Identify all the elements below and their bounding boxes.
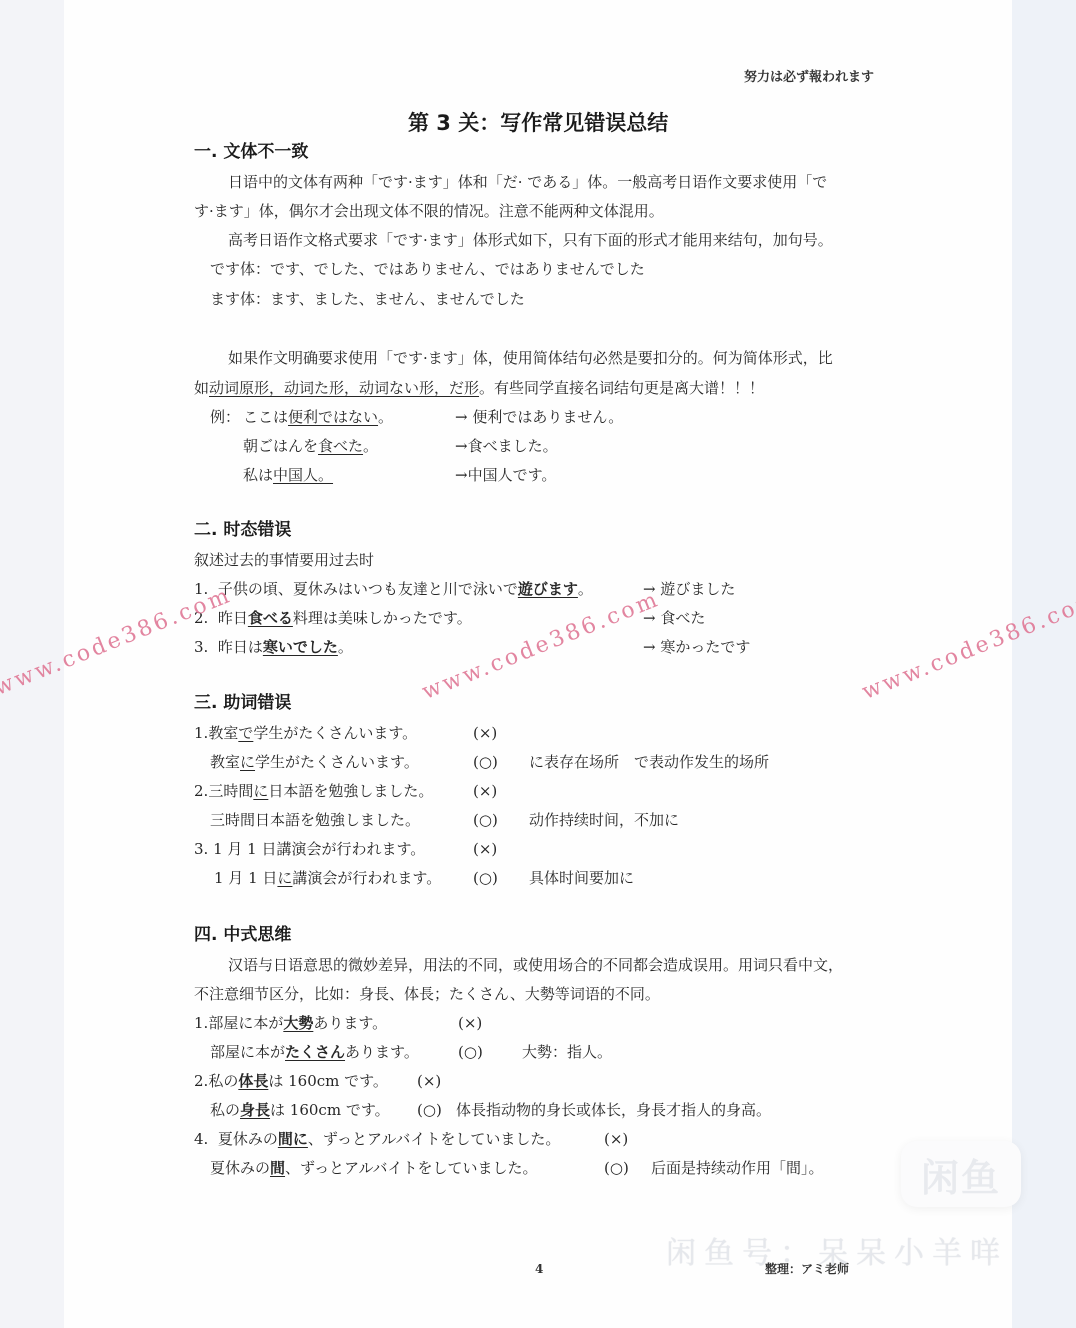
wrong-mark: (×) [473,723,497,743]
text: あります。 [345,1043,419,1061]
example-label: 例： [210,407,240,427]
right-mark: (○) [473,810,498,830]
wrong-mark: (×) [473,781,497,801]
text: 。 [338,638,353,656]
explanation-note: 后面是持续动作用「間」。 [651,1158,824,1178]
text: 私は [243,466,273,484]
underlined-text: たくさん [285,1043,345,1061]
desu-form-line: です体：です、でした、ではありません、ではありませんでした [210,259,645,279]
text: 1 月 1 日 [214,869,277,887]
tense-fix: → 寒かったです [643,637,750,657]
underlined-text: 便利ではない [288,408,378,426]
particle-right: 三時間日本語を勉強しました。 [210,810,420,830]
underlined-text: 中国人。 [273,466,333,484]
example-wrong: 私は中国人。 [243,465,333,485]
underlined-text: 寒いでした [263,638,338,656]
masu-form-line: ます体：ます、ました、ません、ませんでした [210,289,525,309]
underlined-text: で [238,724,253,742]
wrong-mark: (×) [473,839,497,859]
underlined-text: 遊びます [518,580,578,598]
right-mark: (○) [417,1100,442,1120]
paragraph-line: 汉语与日语意思的微妙差异，用法的不同，或使用场合的不同都会造成误用。用词只看中文… [228,955,843,975]
underlined-text: に [240,753,255,771]
underlined-text: に [277,869,292,887]
item-number: 2. [194,1072,208,1090]
section-heading-2: 二. 时态错误 [194,520,291,540]
text: 。 [378,408,393,426]
example-wrong: 朝ごはんを食べた。 [243,436,378,456]
example-fix: → 便利ではありません。 [455,407,623,427]
right-mark: (○) [604,1158,629,1178]
nuance-right: 部屋に本がたくさんあります。 [210,1042,419,1062]
explanation-note: に表存在场所 で表动作发生的场所 [529,752,769,772]
explanation-note: 具体时间要加に [529,868,634,888]
underlined-text: に [253,782,268,800]
example-wrong: ここは便利ではない。 [243,407,393,427]
nuance-right: 私の身長は 160cm です。 [210,1100,390,1120]
text: は 160cm です。 [270,1101,390,1119]
explanation-note: 动作持续时间，不加に [529,810,679,830]
text: ここは [243,408,288,426]
underlined-text: 身長 [240,1101,270,1119]
item-number: 3. [194,840,208,858]
underlined-text: 动词原形，动词た形，动词ない形，だ形 [209,379,479,397]
section-heading-1: 一. 文体不一致 [194,142,308,162]
underlined-text: 間に [278,1130,308,1148]
section-intro: 叙述过去的事情要用过去时 [194,550,374,570]
text: 部屋に本が [210,1043,285,1061]
nuance-right: 夏休みの間、ずっとアルバイトをしていました。 [210,1158,537,1178]
item-number: 1. [194,724,208,742]
particle-right: 教室に学生がたくさんいます。 [210,752,419,772]
explanation-note: 体長指动物的身长或体长，身長才指人的身高。 [456,1100,771,1120]
underlined-text: 大勢 [283,1014,313,1032]
xianyu-logo-icon: 闲鱼 [901,1141,1021,1207]
text: 。有些同学直接名词结句更是离大谱！！！ [479,379,764,397]
text: 。 [363,437,378,455]
paragraph-line: 高考日语作文格式要求「です·ます」体形式如下，只有下面的形式才能用来结句，加句号… [228,230,833,250]
example-fix: →食べました。 [455,436,558,456]
wrong-mark: (×) [604,1129,628,1149]
paragraph-line: 如果作文明确要求使用「です·ます」体，使用简体结句必然是要扣分的。何为简体形式，… [228,348,833,368]
item-number: 4. [194,1130,208,1148]
underlined-text: 間 [270,1159,285,1177]
xianyu-id-watermark: 闲鱼号：呆呆小羊咩 [666,1228,1008,1272]
text: 如 [194,379,209,397]
text: 三時間 [208,782,253,800]
paragraph-line: 如动词原形，动词た形，动词ない形，だ形。有些同学直接名词结句更是离大谱！！！ [194,378,764,398]
page-title: 第 3 关：写作常见错误总结 [408,110,668,136]
item-number: 1. [194,1014,208,1032]
tense-item: 2. 昨日食べる料理は美味しかったです。 [194,608,472,628]
item-number: 3. [194,638,208,656]
text: 。 [578,580,593,598]
nuance-wrong: 4. 夏休みの間に、ずっとアルバイトをしていました。 [194,1129,560,1149]
text: 学生がたくさんいます。 [255,753,419,771]
text: 私の [210,1101,240,1119]
text: 学生がたくさんいます。 [253,724,417,742]
underlined-text: 食べる [248,609,293,627]
paragraph-line: 不注意细节区分，比如：身長、体長；たくさん、大勢等词语的不同。 [194,984,660,1004]
nuance-wrong: 2.私の体長は 160cm です。 [194,1071,388,1091]
wrong-mark: (×) [417,1071,441,1091]
tense-item: 1. 子供の頃、夏休みはいつも友達と川で泳いで遊びます。 [194,579,593,599]
particle-wrong: 3. 1 月 1 日講演会が行われます。 [194,839,425,859]
paragraph-line: す·ます」体，偶尔才会出现文体不限的情况。注意不能两种文体混用。 [194,201,664,221]
section-heading-3: 三. 助词错误 [194,693,291,713]
text: 夏休みの [218,1130,278,1148]
text: 夏休みの [210,1159,270,1177]
text: 教室 [210,753,240,771]
particle-wrong: 1.教室で学生がたくさんいます。 [194,723,417,743]
underlined-text: 体長 [238,1072,268,1090]
text: 、ずっとアルバイトをしていました。 [308,1130,560,1148]
page-number: 4 [535,1259,543,1279]
item-number: 2. [194,782,208,800]
text: 1 月 1 日講演会が行われます。 [213,840,425,858]
right-mark: (○) [473,752,498,772]
header-motto: 努力は必ず報われます [744,68,874,88]
text: 三時間日本語を勉強しました。 [210,811,420,829]
particle-right: 1 月 1 日に講演会が行われます。 [214,868,441,888]
text: 、ずっとアルバイトをしていました。 [285,1159,537,1177]
wrong-mark: (×) [458,1013,482,1033]
paragraph-line: 日语中的文体有两种「です·ます」体和「だ· である」体。一般高考日语作文要求使用… [228,172,827,192]
text: 料理は美味しかったです。 [293,609,472,627]
right-mark: (○) [458,1042,483,1062]
background-right [1012,0,1076,1328]
text: 朝ごはんを [243,437,318,455]
text: 子供の頃、夏休みはいつも友達と川で泳いで [218,580,518,598]
text: 日本語を勉強しました。 [268,782,433,800]
text: 部屋に本が [208,1014,283,1032]
text: 私の [208,1072,238,1090]
particle-wrong: 2.三時間に日本語を勉強しました。 [194,781,433,801]
text: あります。 [313,1014,387,1032]
text: 教室 [208,724,238,742]
text: は 160cm です。 [268,1072,388,1090]
example-fix: →中国人です。 [455,465,556,485]
text: 昨日は [218,638,263,656]
nuance-wrong: 1.部屋に本が大勢あります。 [194,1013,387,1033]
explanation-note: 大勢：指人。 [522,1042,612,1062]
section-heading-4: 四. 中式思维 [194,925,291,945]
underlined-text: 食べた [318,437,363,455]
text: 講演会が行われます。 [292,869,441,887]
tense-item: 3. 昨日は寒いでした。 [194,637,353,657]
right-mark: (○) [473,868,498,888]
text: 昨日 [218,609,248,627]
